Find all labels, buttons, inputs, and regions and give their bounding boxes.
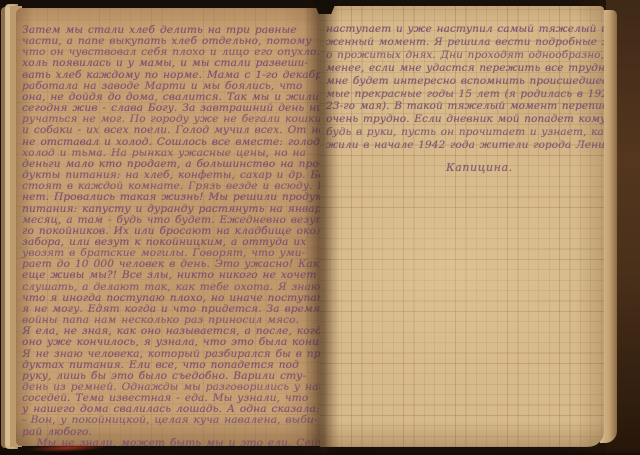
notebook-right-page: наступает и уже наступил самый тяжелый и… [320,6,604,447]
handwritten-line: и собаки - их всех поели. Голод мучил вс… [22,125,319,136]
handwritten-line: о прожитых днях. Дни проходят однообразн… [326,49,602,62]
diary-photo: Затем мы стали хлеб делить на три равные… [0,0,640,455]
handwritten-line: женный момент. Я решила вести подробные … [326,36,602,49]
handwritten-line: еще живы мы?! Все злы, никто никого не х… [22,270,319,281]
handwritten-line: холь появилась и у мамы, и мы стали разв… [22,58,319,69]
handwritten-line: оно уже кончилось, я узнала, что это был… [22,337,319,348]
handwritten-line: жили в начале 1942 года жители города Ле… [326,139,602,152]
notebook-left-page: Затем мы стали хлеб делить на три равные… [16,8,320,446]
handwritten-line: будь в руки, пусть он прочитает и узнает… [326,126,602,139]
handwritten-line: питания: капусту и дуранду растянуть на … [22,204,319,215]
handwritten-line: наступает и уже наступил самый тяжелый и… [326,23,602,36]
left-page-text: Затем мы стали хлеб делить на три равные… [22,25,319,446]
handwritten-line: 23-го мая). В такой тяжелый момент переп… [326,100,602,113]
handwritten-line: нет. Провались такая жизнь! Мы решили пр… [22,192,319,203]
handwritten-line: - Вон, у покойницкой, целая куча навален… [22,415,319,426]
handwritten-line: очень трудно. Если дневник мой попадет к… [326,113,602,126]
right-page-text: наступает и уже наступил самый тяжелый и… [326,23,602,152]
signature: Капицина. [446,161,513,174]
handwritten-line: мне будет интересно вспомнить происшедше… [326,75,602,88]
handwritten-line: Я не знаю человека, который разбирался б… [22,349,319,360]
handwritten-line: менее, если мне удастся пережить все тру… [326,62,602,75]
handwritten-line: мые прекрасные годы 15 лет (я родилась в… [326,88,602,101]
